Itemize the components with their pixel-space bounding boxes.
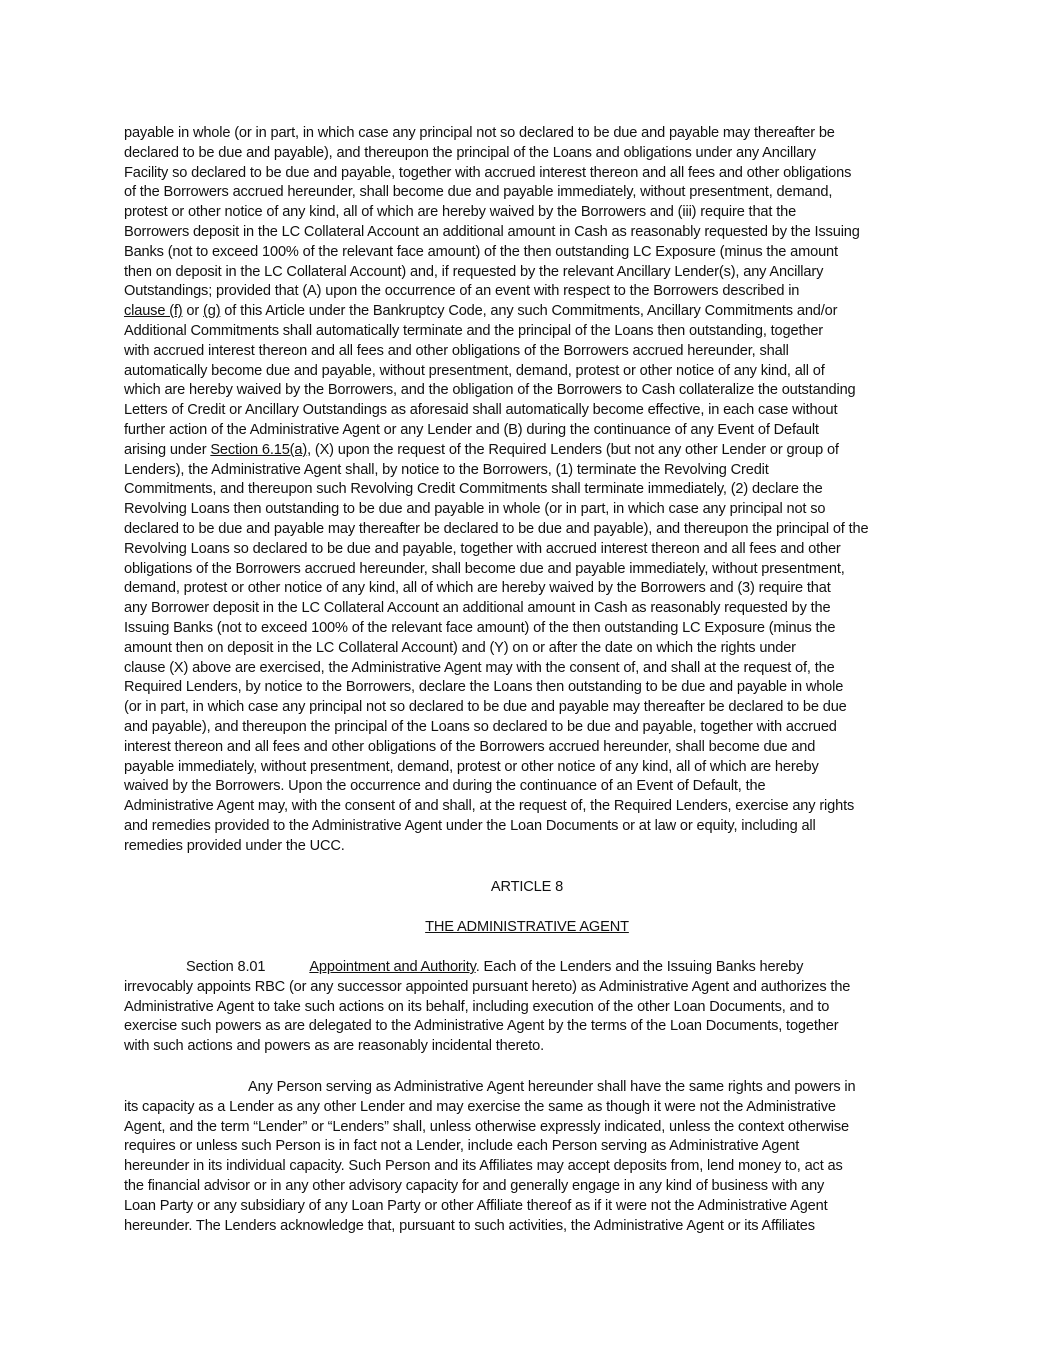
text-line: Banks (not to exceed 100% of the relevan… xyxy=(124,243,944,263)
text-line: obligations of the Borrowers accrued her… xyxy=(124,560,944,580)
clause-g-reference: (g) xyxy=(203,303,220,319)
section-title: Appointment and Authority xyxy=(309,959,475,975)
text-line: Commitments, and thereupon such Revolvin… xyxy=(124,480,944,500)
text-line: Borrowers deposit in the LC Collateral A… xyxy=(124,223,944,243)
article-title-text: THE ADMINISTRATIVE AGENT xyxy=(124,918,930,938)
text-line: Lenders), the Administrative Agent shall… xyxy=(124,461,944,481)
continued-paragraph: payable in whole (or in part, in which c… xyxy=(124,124,944,856)
text-line: declared to be due and payable may there… xyxy=(124,520,944,540)
text-fragment: or xyxy=(183,303,204,319)
text-line: payable immediately, without presentment… xyxy=(124,758,944,778)
text-line: Letters of Credit or Ancillary Outstandi… xyxy=(124,401,944,421)
text-line: declared to be due and payable), and the… xyxy=(124,144,944,164)
text-line: payable in whole (or in part, in which c… xyxy=(124,124,944,144)
text-line: hereunder. The Lenders acknowledge that,… xyxy=(124,1217,944,1237)
text-fragment: of this Article under the Bankruptcy Cod… xyxy=(220,303,837,319)
text-line: with accrued interest thereon and all fe… xyxy=(124,342,944,362)
section-heading-line: Section 8.01Appointment and Authority. E… xyxy=(124,958,944,978)
text-fragment: arising under xyxy=(124,442,210,458)
text-line: Agent, and the term “Lender” or “Lenders… xyxy=(124,1118,944,1138)
paragraph-any-person: Any Person serving as Administrative Age… xyxy=(124,1078,944,1236)
article-number: ARTICLE 8 xyxy=(124,878,930,898)
article-heading: ARTICLE 8 xyxy=(124,878,930,898)
text-line: irrevocably appoints RBC (or any success… xyxy=(124,978,944,998)
text-line: of the Borrowers accrued hereunder, shal… xyxy=(124,183,944,203)
text-line: any Borrower deposit in the LC Collatera… xyxy=(124,599,944,619)
text-line: amount then on deposit in the LC Collate… xyxy=(124,639,944,659)
text-line: Issuing Banks (not to exceed 100% of the… xyxy=(124,619,944,639)
text-line: Additional Commitments shall automatical… xyxy=(124,322,944,342)
article-title: THE ADMINISTRATIVE AGENT xyxy=(124,918,930,938)
text-line: Any Person serving as Administrative Age… xyxy=(124,1078,944,1098)
text-line: and payable), and thereupon the principa… xyxy=(124,718,944,738)
section-number: Section 8.01 xyxy=(186,959,265,975)
text-line: Administrative Agent may, with the conse… xyxy=(124,797,944,817)
text-line: demand, protest or other notice of any k… xyxy=(124,579,944,599)
text-line: remedies provided under the UCC. xyxy=(124,837,944,857)
section-6-15a-reference: Section 6.15(a) xyxy=(210,442,307,458)
text-line: waived by the Borrowers. Upon the occurr… xyxy=(124,777,944,797)
text-fragment: . Each of the Lenders and the Issuing Ba… xyxy=(476,959,804,975)
text-line: interest thereon and all fees and other … xyxy=(124,738,944,758)
text-line: the financial advisor or in any other ad… xyxy=(124,1177,944,1197)
text-line: which are hereby waived by the Borrowers… xyxy=(124,381,944,401)
text-line: clause (X) above are exercised, the Admi… xyxy=(124,659,944,679)
text-line: Loan Party or any subsidiary of any Loan… xyxy=(124,1197,944,1217)
text-line: exercise such powers as are delegated to… xyxy=(124,1017,944,1037)
text-line: further action of the Administrative Age… xyxy=(124,421,944,441)
text-line: then on deposit in the LC Collateral Acc… xyxy=(124,263,944,283)
text-line: and remedies provided to the Administrat… xyxy=(124,817,944,837)
text-line: Revolving Loans then outstanding to be d… xyxy=(124,500,944,520)
text-line: requires or unless such Person is in fac… xyxy=(124,1137,944,1157)
text-line: (or in part, in which case any principal… xyxy=(124,698,944,718)
text-line: Administrative Agent to take such action… xyxy=(124,998,944,1018)
text-line: arising under Section 6.15(a), (X) upon … xyxy=(124,441,944,461)
text-fragment: Any Person serving as Administrative Age… xyxy=(248,1079,855,1095)
section-8-01: Section 8.01Appointment and Authority. E… xyxy=(124,958,944,1057)
text-line: Required Lenders, by notice to the Borro… xyxy=(124,678,944,698)
text-fragment: , (X) upon the request of the Required L… xyxy=(307,442,839,458)
text-line: clause (f) or (g) of this Article under … xyxy=(124,302,944,322)
document-page: payable in whole (or in part, in which c… xyxy=(0,0,1055,1365)
text-line: Outstandings; provided that (A) upon the… xyxy=(124,282,944,302)
text-line: its capacity as a Lender as any other Le… xyxy=(124,1098,944,1118)
text-line: Facility so declared to be due and payab… xyxy=(124,164,944,184)
text-line: Revolving Loans so declared to be due an… xyxy=(124,540,944,560)
clause-f-reference: clause (f) xyxy=(124,303,183,319)
text-line: hereunder in its individual capacity. Su… xyxy=(124,1157,944,1177)
text-line: with such actions and powers as are reas… xyxy=(124,1037,944,1057)
text-line: automatically become due and payable, wi… xyxy=(124,362,944,382)
text-line: protest or other notice of any kind, all… xyxy=(124,203,944,223)
